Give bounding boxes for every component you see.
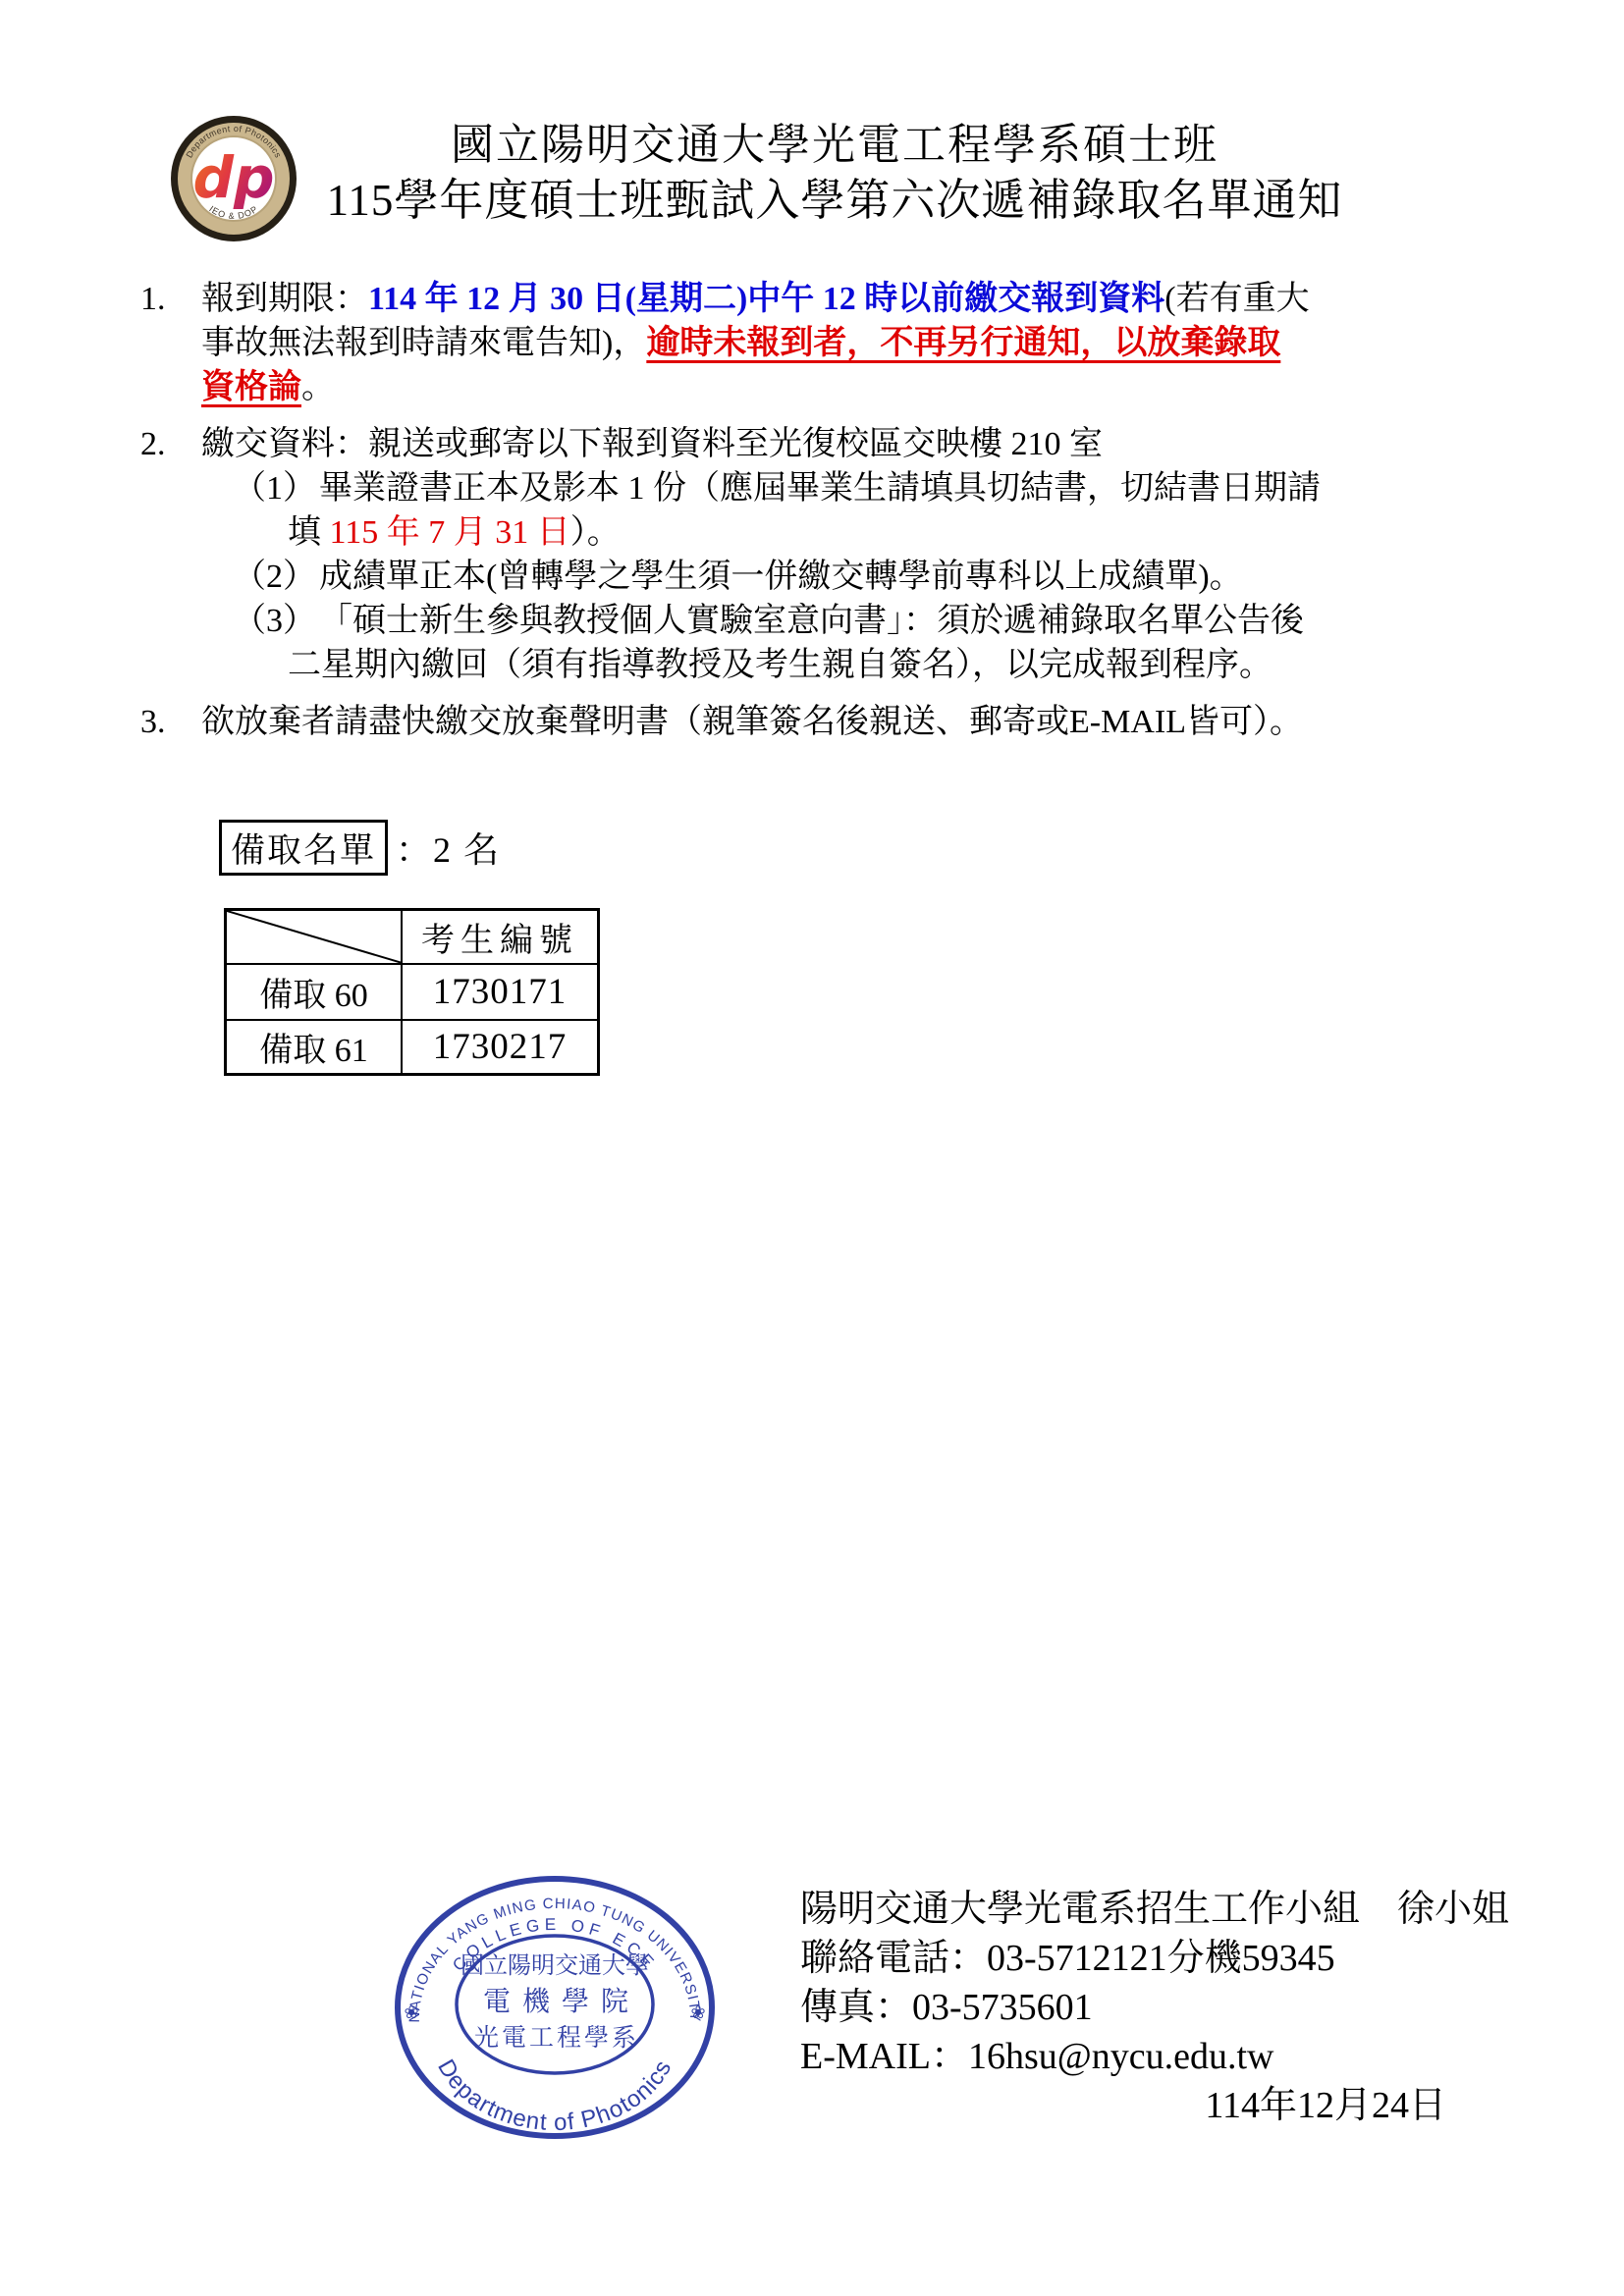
contact-line: 傳真：03-5735601 [800,1983,1527,2032]
notice-list: 1.報到期限：114 年 12 月 30 日(星期二)中午 12 時以前繳交報到… [0,277,1624,744]
table-corner-cell [226,910,403,964]
text-segment: 114 年 12 月 30 日(星期二)中午 12 時以前繳交報到資料 [368,281,1164,317]
page-subtitle: 115學年度碩士班甄試入學第六次遞補錄取名單通知 [147,175,1522,226]
waitlist-count: ：2 名 [396,823,501,873]
list-marker: （3） [233,599,316,643]
contact-block: 陽明交通大學光電系招生工作小組 徐小姐聯絡電話：03-5712121分機5934… [800,1885,1527,2130]
text-segment: 。 [301,369,335,405]
text-segment: 填 [288,514,330,551]
contact-line: 聯絡電話：03-5712121分機59345 [800,1934,1527,1983]
waitlist-box-label: 備取名單 [219,820,388,876]
text-segment: 畢業證書正本及影本 1 份（應屆畢業生請填具切結書，切結書日期請 [319,470,1321,507]
text-segment: 二星期內繳回（須有指導教授及考生親自簽名），以完成報到程序。 [288,647,1272,683]
text-segment: 事故無法報到時請來電告知)， [201,325,646,361]
stamp-flower-left-icon: ❀ [404,2002,418,2022]
text-segment: 報到期限： [201,281,368,317]
table-header-candidate-number: 考生編號 [402,910,599,964]
table-row: 備取 601730171 [226,964,599,1020]
department-stamp: NATIONAL YANG MING CHIAO TUNG UNIVERSITY… [388,1871,722,2144]
waitlist-label-row: 備取名單 ：2 名 [219,820,501,876]
stamp-svg: NATIONAL YANG MING CHIAO TUNG UNIVERSITY… [388,1871,722,2144]
waitlist-table: 考生編號 備取 601730171備取 611730217 [224,908,600,1076]
notice-line: 3.欲放棄者請盡快繳交放棄聲明書（親筆簽名後親送、郵寄或E-MAIL皆可）。 [0,700,1624,744]
contact-lines: 陽明交通大學光電系招生工作小組 徐小姐聯絡電話：03-5712121分機5934… [800,1885,1527,2081]
text-segment: ）。 [570,514,621,551]
contact-line: 陽明交通大學光電系招生工作小組 徐小姐 [800,1885,1527,1934]
list-marker: 1. [140,277,166,321]
notice-line: 資格論。 [0,365,1624,409]
table-row: 備取 611730217 [226,1020,599,1075]
stamp-center-department: 光電工程學系 [474,2024,639,2052]
text-segment: 逾時未報到者，不再另行通知，以放棄錄取 [646,325,1280,361]
stamp-flower-right-icon: ❀ [690,2002,705,2022]
list-marker: （2） [233,555,316,599]
notice-line: 事故無法報到時請來電告知)，逾時未報到者，不再另行通知，以放棄錄取 [0,321,1624,365]
list-marker: 2. [140,422,166,466]
cell-rank: 備取 60 [226,964,403,1020]
text-segment: 115 年 7 月 31 日 [330,514,570,551]
cell-candidate-number: 1730171 [402,964,599,1020]
table-header-row: 考生編號 [226,910,599,964]
list-marker: 3. [140,700,166,744]
text-segment: (若有重大 [1164,281,1309,317]
text-segment: 欲放棄者請盡快繳交放棄聲明書（親筆簽名後親送、郵寄或E-MAIL皆可）。 [201,704,1303,740]
list-marker: （1） [233,466,316,510]
notice-line: 1.報到期限：114 年 12 月 30 日(星期二)中午 12 時以前繳交報到… [0,277,1624,321]
notice-line: （2）成績單正本(曾轉學之學生須一併繳交轉學前專科以上成績單)。 [0,555,1624,599]
text-segment: 「碩士新生參與教授個人實驗室意向書」：須於遞補錄取名單公告後 [319,603,1304,639]
text-segment: 成績單正本(曾轉學之學生須一併繳交轉學前專科以上成績單)。 [319,559,1243,595]
stamp-arc-department: Department of Photonics [432,2056,677,2137]
text-segment: 資格論 [201,369,301,405]
document-page: Department of Photonics IEO & DOP dp 國立陽… [0,0,1624,2296]
notice-line: 填 115 年 7 月 31 日）。 [0,510,1624,555]
document-date: 114年12月24日 [800,2081,1527,2130]
stamp-center-university: 國立陽明交通大學 [460,1952,649,1979]
stamp-center-college: 電機學院 [483,1986,640,2017]
contact-line: E-MAIL：16hsu@nycu.edu.tw [800,2032,1527,2081]
notice-line: （1）畢業證書正本及影本 1 份（應屆畢業生請填具切結書，切結書日期請 [0,466,1624,510]
text-segment: 繳交資料：親送或郵寄以下報到資料至光復校區交映樓 210 室 [201,426,1103,462]
svg-text:Department of Photonics: Department of Photonics [432,2056,677,2137]
notice-line: （3）「碩士新生參與教授個人實驗室意向書」：須於遞補錄取名單公告後 [0,599,1624,643]
cell-rank: 備取 61 [226,1020,403,1075]
page-title: 國立陽明交通大學光電工程學系碩士班 [147,120,1522,171]
notice-line: 二星期內繳回（須有指導教授及考生親自簽名），以完成報到程序。 [0,643,1624,687]
cell-candidate-number: 1730217 [402,1020,599,1075]
notice-line: 2.繳交資料：親送或郵寄以下報到資料至光復校區交映樓 210 室 [0,422,1624,466]
diagonal-line [227,911,401,963]
